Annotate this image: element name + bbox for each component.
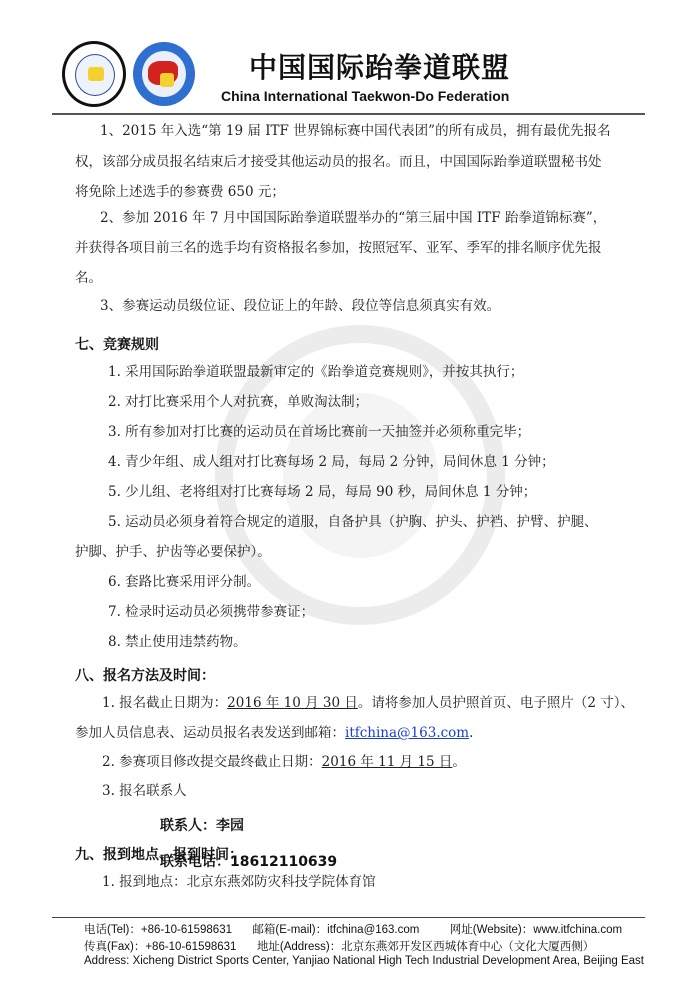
email-link[interactable]: itfchina@163.com xyxy=(345,725,469,741)
list-item: 1. 报名截止日期为：2016 年 10 月 30 日。请将参加人员护照首页、电… xyxy=(102,693,634,713)
footer-row: 电话(Tel)：+86-10-61598631 邮箱(E-mail)：itfch… xyxy=(84,921,622,937)
list-item: 护脚、护手、护齿等必要保护）。 xyxy=(75,542,271,562)
list-item: 参加人员信息表、运动员报名表发送到邮箱：itfchina@163.com. xyxy=(75,723,473,743)
paragraph: 2、参加 2016 年 7 月中国国际跆拳道联盟举办的“第三届中国 ITF 跆拳… xyxy=(100,208,606,228)
list-item: 2. 对打比赛采用个人对抗赛，单败淘汰制； xyxy=(108,392,368,412)
list-item: 4. 青少年组、成人组对打比赛每场 2 局，每局 2 分钟，局间休息 1 分钟； xyxy=(108,452,555,472)
paragraph: 名。 xyxy=(75,268,102,288)
list-item: 5. 运动员必须身着符合规定的道服，自备护具（护胸、护头、护裆、护臂、护腿、 xyxy=(108,512,598,532)
footer-tel: 电话(Tel)：+86-10-61598631 xyxy=(84,924,232,936)
footer-address-cn: 地址(Address)：北京东燕郊开发区西城体育中心（文化大厦西侧） xyxy=(257,941,594,953)
footer-email: 邮箱(E-mail)：itfchina@163.com xyxy=(252,924,419,936)
list-item: 5. 少儿组、老将组对打比赛每场 2 局，每局 90 秒，局间休息 1 分钟； xyxy=(108,482,536,502)
deadline-date: 2016 年 10 月 30 日 xyxy=(227,695,358,711)
list-item: 8. 禁止使用违禁药物。 xyxy=(108,632,247,652)
punctuation: . xyxy=(469,725,473,741)
header-divider xyxy=(52,113,645,115)
list-item: 3. 报名联系人 xyxy=(102,781,187,801)
list-item: 3. 所有参加对打比赛的运动员在首场比赛前一天抽签并必须称重完毕； xyxy=(108,422,530,442)
list-item: 2. 参赛项目修改提交最终截止日期：2016 年 11 月 15 日。 xyxy=(102,752,466,772)
list-item: 6. 套路比赛采用评分制。 xyxy=(108,572,260,592)
paragraph: 1、2015 年入选“第 19 届 ITF 世界锦标赛中国代表团”的所有成员，拥… xyxy=(100,121,611,141)
paragraph: 权，该部分成员报名结束后才接受其他运动员的报名。而且，中国国际跆拳道联盟秘书处 xyxy=(75,152,602,172)
deadline-label: 1. 报名截止日期为： xyxy=(102,695,227,711)
section-heading: 九、报到地点、报到时间： xyxy=(75,845,243,865)
paragraph: 并获得各项目前三名的选手均有资格报名参加，按照冠军、亚军、季军的排名顺序优先报 xyxy=(75,238,602,258)
footer-address-en: Address: Xicheng District Sports Center,… xyxy=(84,955,644,967)
paragraph: 3、参赛运动员级位证、段位证上的年龄、段位等信息须真实有效。 xyxy=(100,296,500,316)
citf-logo-icon xyxy=(133,42,195,106)
email-label: 参加人员信息表、运动员报名表发送到邮箱： xyxy=(75,725,345,741)
punctuation: 。 xyxy=(452,754,466,770)
modify-deadline-label: 2. 参赛项目修改提交最终截止日期： xyxy=(102,754,322,770)
paragraph: 将免除上述选手的参赛费 650 元； xyxy=(75,182,285,202)
contact-person: 联系人：李园 xyxy=(160,816,244,836)
footer-fax: 传真(Fax)：+86-10-61598631 xyxy=(84,941,236,953)
list-item: 1. 采用国际跆拳道联盟最新审定的《跆拳道竞赛规则》，并按其执行； xyxy=(108,362,523,382)
footer-website: 网址(Website)：www.itfchina.com xyxy=(450,924,622,936)
section-heading: 七、竞赛规则 xyxy=(75,335,159,355)
list-item: 1. 报到地点：北京东燕郊防灾科技学院体育馆 xyxy=(102,872,376,892)
footer-divider xyxy=(52,917,645,918)
modify-deadline-date: 2016 年 11 月 15 日 xyxy=(322,754,453,770)
org-title-en: China International Taekwon-Do Federatio… xyxy=(221,88,509,104)
list-item: 7. 检录时运动员必须携带参赛证； xyxy=(108,602,314,622)
itf-logo-icon xyxy=(62,41,126,107)
deadline-instructions: 。请将参加人员护照首页、电子照片（2 寸）、 xyxy=(358,695,634,711)
section-heading: 八、报名方法及时间： xyxy=(75,666,215,686)
letterhead: 中国国际跆拳道联盟 China International Taekwon-Do… xyxy=(0,0,700,113)
footer-row: 传真(Fax)：+86-10-61598631 地址(Address)：北京东燕… xyxy=(84,938,594,954)
org-title-cn: 中国国际跆拳道联盟 xyxy=(249,46,510,86)
